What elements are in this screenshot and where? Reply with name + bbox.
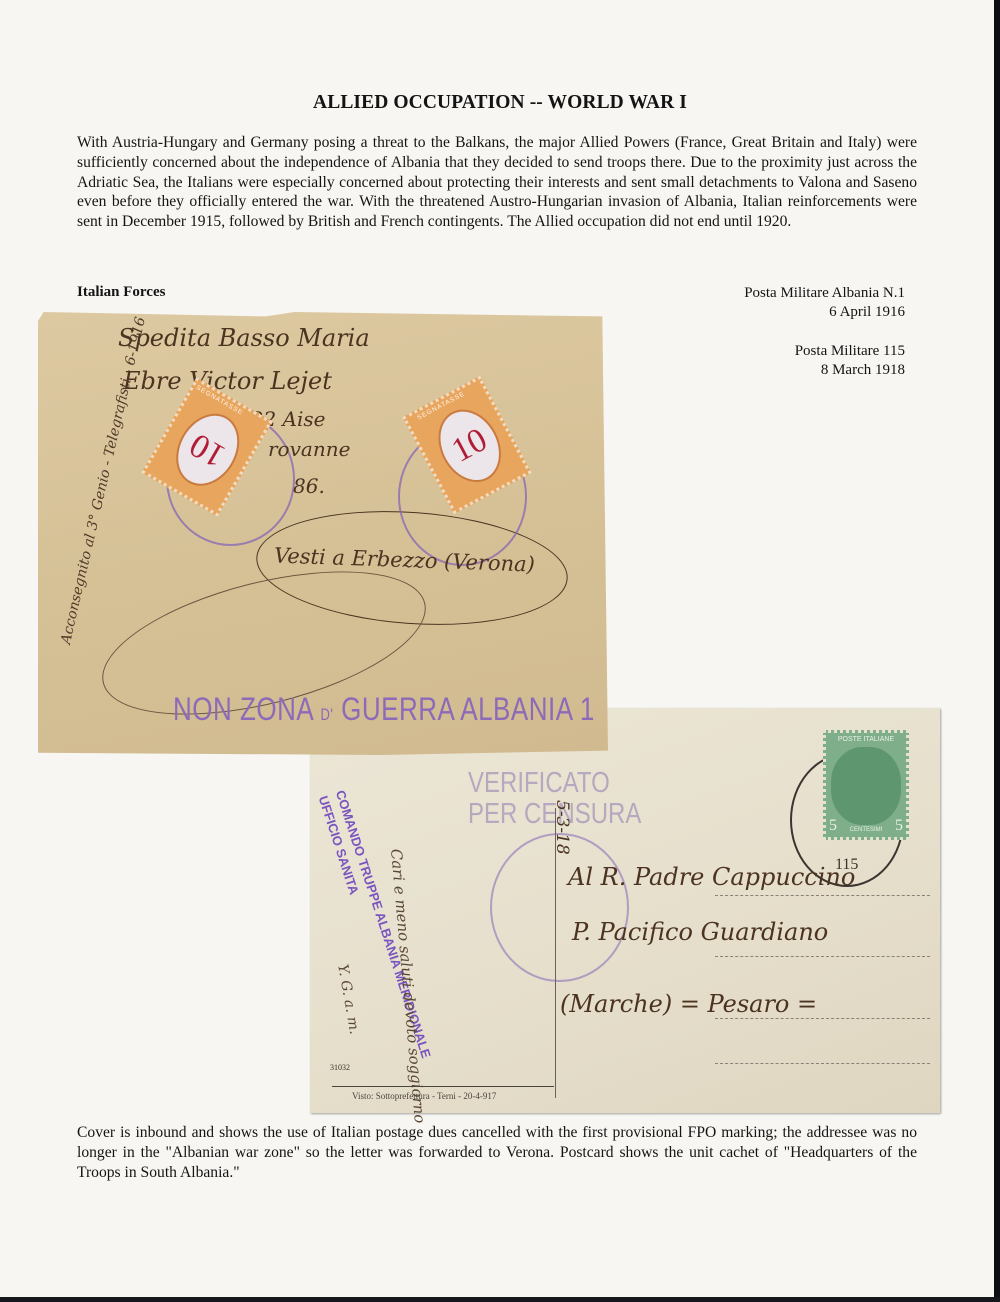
footnote-paragraph: Cover is inbound and shows the use of It… xyxy=(77,1123,917,1182)
king-portrait-icon xyxy=(831,747,901,825)
cover-envelope: Spedita Basso Maria Ebre Victor Lejet 12… xyxy=(38,312,608,755)
address-line-3: (Marche) = Pesaro = xyxy=(560,990,817,1018)
scan-edge-right xyxy=(994,0,1000,1302)
postcard-divider xyxy=(555,808,556,1098)
censor-line-1: VERIFICATO xyxy=(468,768,641,799)
handstamp-part-2: D' xyxy=(321,705,334,724)
postcard: VERIFICATO PER CENSURA COMANDO TRUPPE AL… xyxy=(310,708,940,1113)
address-detail-3: 86. xyxy=(293,474,325,498)
stamp-country: POSTE ITALIANE xyxy=(826,736,906,743)
caption-cover-office: Posta Militare Albania N.1 xyxy=(744,284,905,303)
scan-edge-bottom xyxy=(0,1297,1000,1302)
oval-cachet xyxy=(490,833,629,982)
addressee-line: Ebre Victor Lejet xyxy=(123,367,332,395)
handstamp-part-1: NON ZONA xyxy=(173,690,313,728)
address-rule-2 xyxy=(715,956,930,957)
caption-postcard-date: 8 March 1918 xyxy=(795,361,905,380)
address-rule-4 xyxy=(715,1063,930,1064)
page-title: ALLIED OCCUPATION -- WORLD WAR I xyxy=(0,92,1000,114)
imprint-rule xyxy=(332,1086,554,1087)
caption-cover-date: 6 April 1916 xyxy=(744,303,905,322)
handstamp-part-3: GUERRA ALBANIA 1 xyxy=(341,690,595,728)
section-heading: Italian Forces xyxy=(77,284,165,301)
address-rule-1 xyxy=(715,895,930,896)
due-value-2: 10 xyxy=(426,399,513,493)
non-zona-guerra-handstamp: NON ZONA D' GUERRA ALBANIA 1 xyxy=(173,690,595,729)
caption-postcard: Posta Militare 115 8 March 1918 xyxy=(795,342,905,379)
sender-line: Spedita Basso Maria xyxy=(118,324,370,352)
address-line-1: Al R. Padre Cappuccino xyxy=(568,863,855,891)
print-number: 31032 xyxy=(330,1063,350,1072)
stamp-denomination: CENTESIMI xyxy=(826,827,906,833)
caption-postcard-office: Posta Militare 115 xyxy=(795,342,905,361)
address-detail-2: rovanne xyxy=(268,437,350,461)
left-margin-note: Acconsegnito al 3° Genio - Telegrafisti … xyxy=(58,315,149,645)
imprint-text: Visto: Sottoprefettura - Terni - 20-4-91… xyxy=(352,1091,496,1101)
address-rule-3 xyxy=(715,1018,930,1019)
intro-paragraph: With Austria-Hungary and Germany posing … xyxy=(77,133,917,232)
caption-cover: Posta Militare Albania N.1 6 April 1916 xyxy=(744,284,905,321)
address-line-2: P. Pacifico Guardiano xyxy=(572,918,828,946)
postage-stamp-5c: POSTE ITALIANE 5 5 CENTESIMI xyxy=(823,730,909,840)
handwritten-signature: Y. G. a. m. xyxy=(334,963,362,1036)
